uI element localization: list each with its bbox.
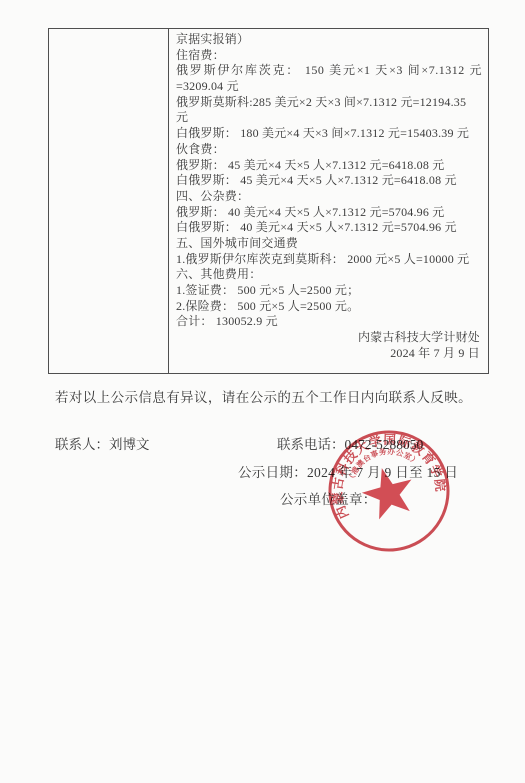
expense-detail-line: 俄罗斯： 45 美元×4 天×5 人×7.1312 元=6418.08 元 [176,158,482,174]
expense-detail-line: 俄罗斯： 40 美元×4 天×5 人×7.1312 元=5704.96 元 [176,205,482,221]
expense-detail-line: 住宿费： [176,48,482,64]
expense-table-left-cell [49,29,169,373]
expense-detail-line: 白俄罗斯： 45 美元×4 天×5 人×7.1312 元=6418.08 元 [176,173,482,189]
expense-detail-line: 元 [176,110,482,126]
publicity-date-line: 公示日期：2024 年 7 月 9 日至 15 日 [238,461,458,481]
expense-table-detail-cell: 京据实报销） 住宿费： 俄罗斯伊尔库茨克： 150 美元×1 天×3 间×7.1… [169,29,488,373]
expense-detail-line: 2.保险费： 500 元×5 人=2500 元。 [176,299,482,315]
expense-detail-line: 1.俄罗斯伊尔库茨克到莫斯科： 2000 元×5 人=10000 元 [176,252,482,268]
expense-detail-line: 内蒙古科技大学计财处 [176,330,482,346]
expense-detail-line: 伙食费： [176,142,482,158]
expense-detail-line: 1.签证费： 500 元×5 人=2500 元； [176,283,482,299]
expense-detail-line: 四、公杂费： [176,189,482,205]
contact-phone-number: 0472-5288050 [345,437,424,452]
expense-detail-line: 白俄罗斯： 180 美元×4 天×3 间×7.1312 元=15403.39 元 [176,126,482,142]
expense-detail-line: 五、国外城市间交通费 [176,236,482,252]
contact-phone: 联系电话：0472-5288050 [277,433,423,453]
expense-detail-line: 俄罗斯伊尔库茨克： 150 美元×1 天×3 间×7.1312 元 [176,63,482,79]
expense-detail-line: 俄罗斯莫斯科:285 美元×2 天×3 间×7.1312 元=12194.35 [176,95,482,111]
expense-detail-line: =3209.04 元 [176,79,482,95]
expense-detail-line: 合计： 130052.9 元 [176,314,482,330]
expense-detail-line: 六、其他费用： [176,267,482,283]
expense-table: 京据实报销） 住宿费： 俄罗斯伊尔库茨克： 150 美元×1 天×3 间×7.1… [48,28,489,374]
expense-detail-line: 2024 年 7 月 9 日 [176,346,482,362]
contact-person-label: 联系人： [55,437,109,452]
expense-detail-line: 京据实报销） [176,32,482,48]
scanned-notice-page: 京据实报销） 住宿费： 俄罗斯伊尔库茨克： 150 美元×1 天×3 间×7.1… [0,0,525,783]
expense-detail-line: 白俄罗斯： 40 美元×4 天×5 人×7.1312 元=5704.96 元 [176,220,482,236]
contact-person-name: 刘博文 [109,437,150,452]
contact-person: 联系人：刘博文 [55,433,150,453]
contact-phone-label: 联系电话： [277,437,345,452]
stamp-caption: 公示单位盖章： [280,488,377,508]
objection-notice-text: 若对以上公示信息有异议，请在公示的五个工作日内向联系人反映。 [55,386,472,406]
